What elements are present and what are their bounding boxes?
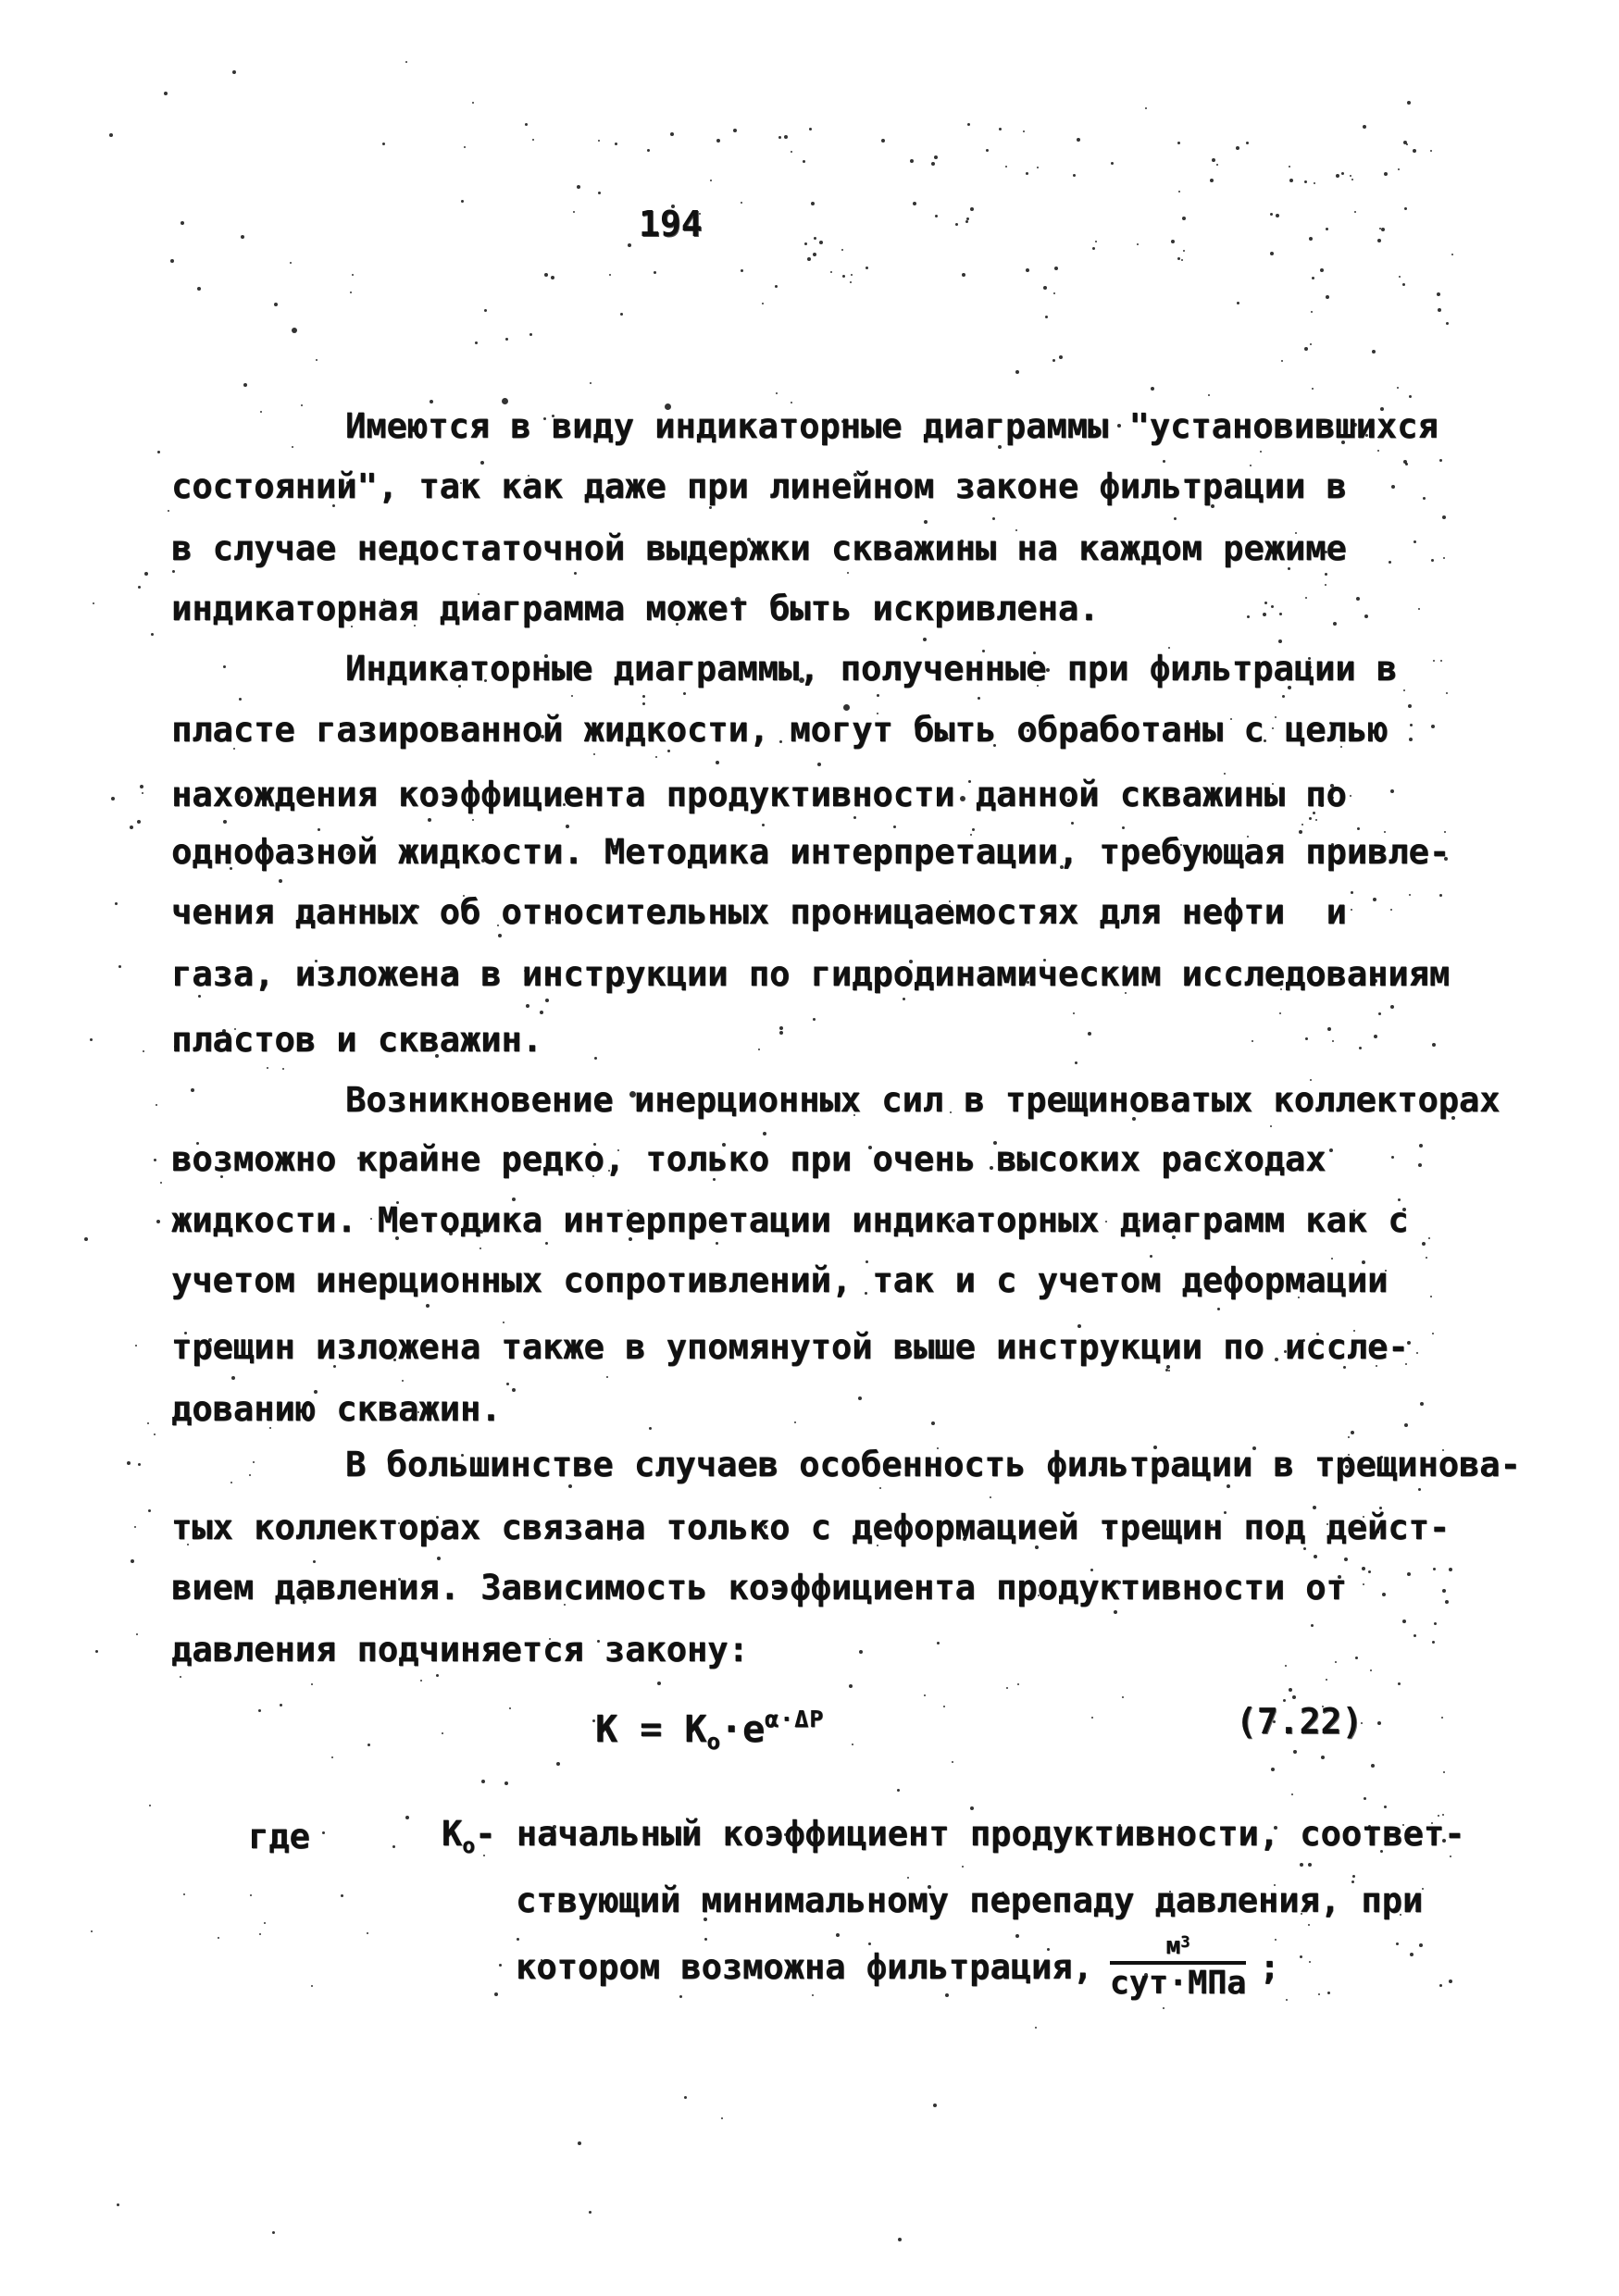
text-line: газа, изложена в инструкции по гидродина…	[171, 957, 1450, 991]
text-line: котором возможна фильтрация,	[516, 1950, 1093, 1984]
term-symbol: К	[442, 1814, 462, 1854]
text-line: индикаторная диаграмма может быть искрив…	[171, 591, 1099, 626]
text-line: тых коллекторах связана только с деформа…	[171, 1510, 1450, 1545]
text-line: пластов и скважин.	[171, 1023, 542, 1057]
where-units-row: котором возможна фильтрация, м3 сут·МПа …	[516, 1934, 1280, 2000]
equation-mid: ·e	[720, 1708, 765, 1751]
unit-fraction: м3 сут·МПа	[1110, 1934, 1247, 2000]
punctuation: ;	[1259, 1950, 1279, 1984]
equation-lhs: К = К	[595, 1708, 706, 1751]
term-subscript: о	[462, 1834, 475, 1858]
text-line: В большинстве случаев особенность фильтр…	[345, 1447, 1521, 1482]
text-line: вием давления. Зависимость коэффициента …	[171, 1570, 1347, 1605]
text-line: ствующий минимальному перепаду давления,…	[516, 1883, 1423, 1917]
text-line: состояний", так как даже при линейном за…	[171, 469, 1347, 503]
text-line: Имеются в виду индикаторные диаграммы "у…	[345, 409, 1438, 443]
where-term-definition: Ко- начальный коэффициент продуктивности…	[442, 1817, 1464, 1857]
text-line: Возникновение инерционных сил в трещинов…	[345, 1083, 1500, 1117]
text-line: трещин изложена также в упомянутой выше …	[171, 1330, 1409, 1364]
text-line: жидкости. Методика интерпретации индикат…	[171, 1203, 1409, 1237]
equation-number: (7.22)	[1236, 1701, 1363, 1742]
text-line: однофазной жидкости. Методика интерпрета…	[171, 835, 1450, 869]
equation-exponent: α·ΔР	[765, 1706, 824, 1732]
text-line: учетом инерционных сопротивлений, так и …	[171, 1263, 1388, 1297]
equation-subscript: о	[706, 1729, 719, 1755]
text-line: возможно крайне редко, только при очень …	[171, 1142, 1326, 1176]
text-line: Индикаторные диаграммы, полученные при ф…	[345, 652, 1397, 686]
page-number: 194	[639, 204, 703, 244]
unit-denominator: сут·МПа	[1110, 1965, 1247, 2000]
equation: К = Ко·eα·ΔР	[595, 1706, 824, 1755]
unit-numerator-base: м	[1166, 1932, 1181, 1960]
where-label: где	[248, 1817, 310, 1856]
text-line: дованию скважин.	[171, 1392, 501, 1426]
text-line: в случае недостаточной выдержки скважины…	[171, 531, 1347, 565]
text-line: нахождения коэффициента продуктивности д…	[171, 777, 1347, 812]
text-line: давления подчиняется закону:	[171, 1632, 749, 1667]
unit-numerator: м3	[1110, 1934, 1247, 1965]
unit-numerator-exponent: 3	[1180, 1933, 1189, 1952]
text-line: пласте газированной жидкости, могут быть…	[171, 713, 1388, 747]
text-line: чения данных об относительных проницаемо…	[171, 895, 1347, 929]
document-page: 194 Имеются в виду индикаторные диаграмм…	[0, 0, 1619, 2296]
term-description: - начальный коэффициент продуктивности, …	[475, 1814, 1464, 1854]
